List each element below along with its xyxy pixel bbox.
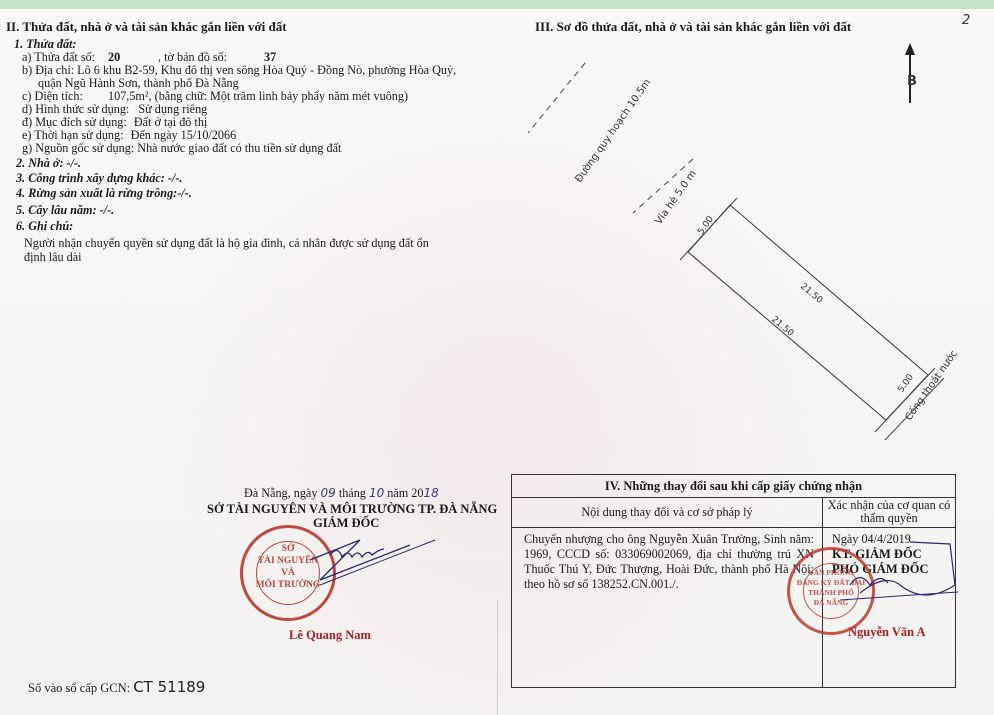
usage-form-row: d) Hình thức sử dụng: Sử dụng riêng bbox=[22, 102, 207, 116]
land-plot-diagram: B Đường quy hoạch 10.5m Vỉa hè 5.0 m 5.0… bbox=[510, 35, 980, 455]
top-border-band bbox=[0, 0, 994, 9]
change-entry-content: Chuyển nhượng cho ông Nguyễn Xuân Trường… bbox=[524, 532, 814, 592]
usage-purpose-row: đ) Mục đích sử dụng: Đất ở tại đô thị bbox=[22, 115, 207, 129]
item-perennial: 5. Cây lâu năm: -/-. bbox=[16, 203, 114, 217]
col-confirm-header: Xác nhận của cơ quan có thẩm quyền bbox=[823, 499, 955, 525]
map-sheet-value: 37 bbox=[264, 50, 276, 64]
header-divider bbox=[512, 527, 955, 528]
item-house: 2. Nhà ở: -/-. bbox=[16, 156, 81, 170]
sidewalk-label: Vỉa hè 5.0 m bbox=[653, 168, 699, 227]
usage-term-row: e) Thời hạn sử dụng: Đến ngày 15/10/2066 bbox=[22, 128, 236, 142]
road-label: Đường quy hoạch 10.5m bbox=[573, 77, 654, 185]
parcel-number-value: 20 bbox=[108, 50, 120, 64]
section-iii-title: III. Sơ đồ thửa đất, nhà ở và tài sản kh… bbox=[535, 19, 851, 35]
drain-label: Cống thoát nước bbox=[903, 348, 960, 423]
area-label: c) Diện tích: bbox=[22, 89, 83, 103]
land-heading: 1. Thửa đất: bbox=[14, 37, 77, 51]
gcn-label: Số vào sổ cấp GCN: bbox=[28, 681, 130, 695]
issue-day: 09 bbox=[321, 486, 336, 500]
area-value: 107,5m², (bằng chữ: Một trăm linh bảy ph… bbox=[108, 89, 408, 103]
land-parcel-row: a) Thửa đất số: 20 , tờ bản đồ số: 37 bbox=[22, 50, 95, 64]
item-other-works: 3. Công trình xây dựng khác: -/-. bbox=[16, 171, 182, 185]
col-content-header: Nội dung thay đổi và cơ sở pháp lý bbox=[512, 497, 822, 527]
issue-year-suffix: 18 bbox=[424, 486, 439, 500]
usage-purpose-value: Đất ở tại đô thị bbox=[134, 115, 207, 129]
date-prefix: Đà Nẵng, ngày bbox=[244, 486, 317, 500]
signer-name: Lê Quang Nam bbox=[289, 628, 371, 643]
note-line-2: định lâu dài bbox=[24, 250, 82, 264]
address-label: b) Địa chỉ: bbox=[22, 63, 74, 77]
usage-form-value: Sử dụng riêng bbox=[138, 102, 207, 116]
confirm-signer: Nguyễn Văn A bbox=[848, 625, 926, 640]
page-fold bbox=[497, 600, 498, 715]
issue-month: 10 bbox=[369, 486, 384, 500]
year-label: năm 20 bbox=[387, 486, 423, 500]
gcn-value: CT 51189 bbox=[133, 678, 205, 696]
address-value-1: Lô 6 khu B2-59, Khu đô thị ven sông Hòa … bbox=[77, 63, 456, 77]
month-label: tháng bbox=[339, 486, 366, 500]
usage-term-value: Đến ngày 15/10/2066 bbox=[131, 128, 237, 142]
issue-date: Đà Nẵng, ngày 09 tháng 10 năm 2018 bbox=[244, 486, 439, 501]
item-notes-heading: 6. Ghi chú: bbox=[16, 219, 73, 233]
side-top-label: 21.50 bbox=[798, 282, 824, 306]
signature-right bbox=[840, 540, 960, 620]
changes-title: IV. Những thay đổi sau khi cấp giấy chứn… bbox=[512, 475, 955, 498]
usage-form-label: d) Hình thức sử dụng: bbox=[22, 102, 129, 116]
road-boundary-line bbox=[528, 63, 585, 133]
front-width-label: 5.00 bbox=[696, 214, 716, 236]
usage-origin-label: g) Nguồn gốc sử dụng: bbox=[22, 141, 134, 155]
address-row: b) Địa chỉ: Lô 6 khu B2-59, Khu đô thị v… bbox=[22, 63, 456, 77]
gcn-register-number: Số vào sổ cấp GCN: CT 51189 bbox=[28, 678, 205, 696]
usage-term-label: e) Thời hạn sử dụng: bbox=[22, 128, 124, 142]
page-number: 2 bbox=[962, 13, 970, 28]
usage-purpose-label: đ) Mục đích sử dụng: bbox=[22, 115, 127, 129]
usage-origin-row: g) Nguồn gốc sử dụng: Nhà nước giao đất … bbox=[22, 141, 341, 155]
address-value-2: quận Ngũ Hành Sơn, thành phố Đà Nẵng bbox=[38, 76, 239, 90]
note-line-1: Người nhận chuyển quyền sử dụng đất là h… bbox=[24, 236, 429, 250]
usage-origin-value: Nhà nước giao đất có thu tiền sử dụng đấ… bbox=[137, 141, 341, 155]
issuing-authority: SỞ TÀI NGUYÊN VÀ MÔI TRƯỜNG TP. ĐÀ NẴNG bbox=[207, 502, 497, 517]
signature-left bbox=[300, 520, 440, 600]
land-plot-outline bbox=[688, 205, 928, 420]
item-forest: 4. Rừng sản xuất là rừng trồng:-/-. bbox=[16, 186, 192, 200]
side-bottom-label: 21.50 bbox=[769, 315, 795, 339]
svg-text:B: B bbox=[907, 74, 917, 89]
parcel-number-label: a) Thửa đất số: bbox=[22, 50, 95, 64]
north-arrow-icon: B bbox=[905, 43, 917, 103]
area-row: c) Diện tích: 107,5m², (bằng chữ: Một tr… bbox=[22, 89, 83, 103]
map-sheet-label: , tờ bản đồ số: bbox=[158, 50, 227, 64]
section-ii-title: II. Thửa đất, nhà ở và tài sản khác gắn … bbox=[6, 19, 287, 35]
